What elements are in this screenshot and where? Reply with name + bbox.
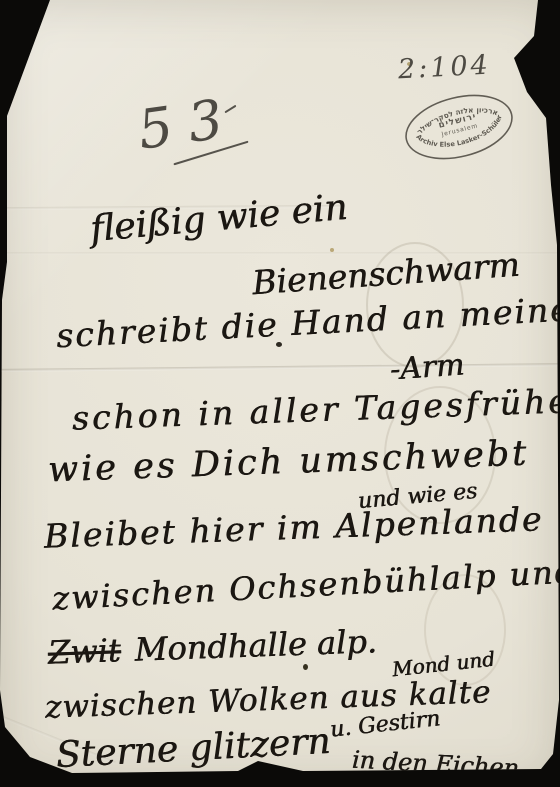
manuscript-line: fleißig wie ein [89, 187, 350, 250]
manuscript-line-continuation: in den Eichen [351, 746, 519, 783]
manuscript-line: Bleibet hier im Alpenlande [43, 499, 544, 555]
manuscript-line: Sterne glitzern [55, 721, 332, 776]
manuscript-paper: 2:104 ארכיון אלזה לסקר־שילר ירושלים Jeru… [0, 0, 560, 787]
scanner-background: 2:104 ארכיון אלזה לסקר־שילר ירושלים Jeru… [0, 0, 560, 787]
manuscript-line: zwischen Ochsenbühlalp und [51, 552, 560, 617]
manuscript-line: -Arm [389, 347, 466, 387]
ink-speck [303, 664, 308, 670]
manuscript-line: ZwitMondhalle alp. [47, 622, 377, 671]
archive-stamp: ארכיון אלזה לסקר־שילר ירושלים Jerusalem … [393, 77, 525, 177]
page-number: 53 [134, 85, 243, 161]
fox-spot [330, 248, 334, 252]
fold-crease [0, 363, 560, 372]
struck-word: Zwit [47, 631, 121, 672]
catalog-number: 2:104 [397, 50, 491, 86]
manuscript-line: schon in aller Tagesfrühe [71, 381, 560, 437]
manuscript-line-text: Mondhalle alp. [134, 622, 378, 668]
